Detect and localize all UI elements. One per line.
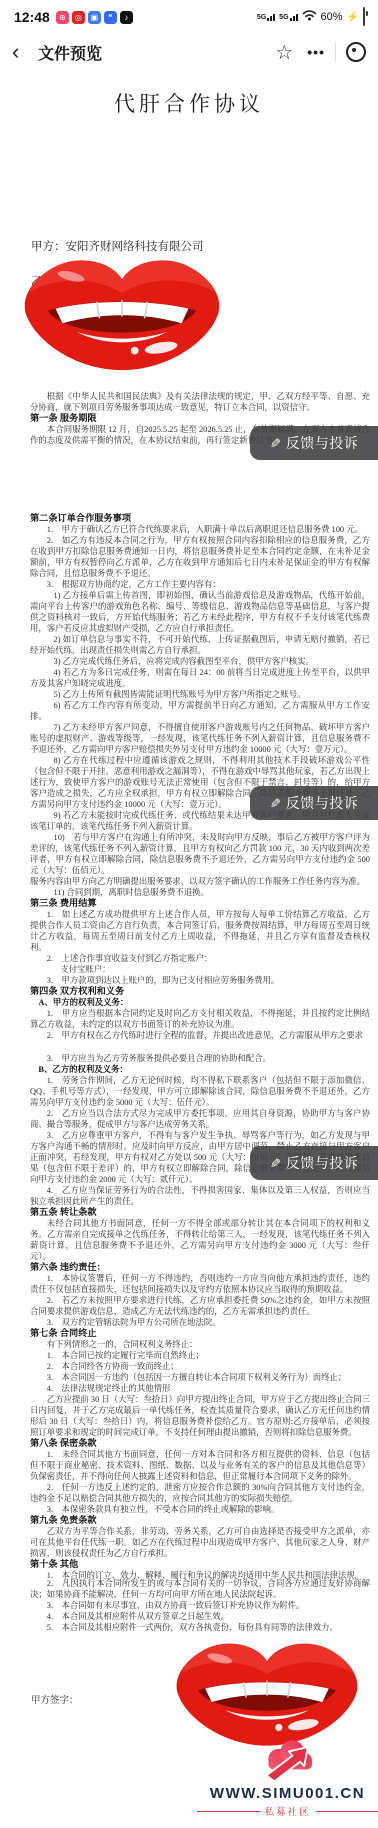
lips-clipart-top: [14, 250, 230, 377]
feedback-complaint-button[interactable]: ✎ 反馈与投诉: [250, 1146, 378, 1180]
status-bar: 12:48 ⊕◎▣❝♪ 5G 5G 60% ⚡: [0, 0, 378, 30]
clock: 12:48: [14, 9, 50, 25]
battery-icon: [363, 8, 365, 26]
doc-line: 10) 若与甲方客户在沟通上有所冲突，未及时向甲方反映，事后乙方被甲方客户评为差…: [30, 832, 370, 876]
pencil-icon: ✎: [270, 1157, 281, 1170]
app-icon-tiktok: ♪: [120, 11, 133, 24]
app-icon-blue-chat: ▣: [88, 11, 101, 24]
doc-line: 服务内容由甲方向乙方明确提出服务要求，以双方签字确认的工作服务工作任务内容为准。: [30, 876, 370, 887]
doc-line: 2. 如乙方有违反本合同之行为，甲方有权按照合同内容扣除相应的信息服务费，乙方在…: [30, 535, 370, 579]
doc-line: B、乙方的权利及义务：: [30, 1064, 370, 1075]
phone-screen: 12:48 ⊕◎▣❝♪ 5G 5G 60% ⚡ ‹: [0, 0, 378, 1828]
signal-sim2-icon: 5G: [279, 14, 297, 21]
doc-line: 2. 上述合作事宜收益支付到乙方指定账户：: [30, 953, 370, 964]
doc-line: 根据《中华人民共和国民法典》及有关法律法规的规定，甲、乙双方经平等、自愿、充分协…: [30, 391, 370, 413]
doc-line: 1. 本合同已按约定履行完毕而自然终止；: [30, 1350, 370, 1361]
doc-line: 第四条 双方权利和义务: [30, 986, 370, 997]
doc-line: 7) 乙方未经甲方客户同意，不得擅自使用客户游戏账号内之任何物品、破坏甲方客户账…: [30, 722, 370, 755]
back-icon[interactable]: ‹: [12, 32, 34, 72]
doc-line: 2. 本合同经各方协商一致而终止；: [30, 1361, 370, 1372]
doc-line: 4. 乙方应当保证劳务行为的合法性，不得损害国家、集体以及第三人权益，否则应当独…: [30, 1185, 370, 1207]
close-window-icon[interactable]: [346, 42, 366, 62]
doc-line: 6) 若乙方工作内容有所变动，甲方需提前半日向乙方通知，乙方需服从甲方工作安排。: [30, 700, 370, 722]
pencil-icon: ✎: [270, 437, 281, 450]
doc-line: 4) 若乙方为多日完成任务，则需在每日 24：00 前将当日完成进度上传至平台，…: [30, 667, 370, 689]
favorite-star-icon[interactable]: ☆: [275, 40, 293, 65]
doc-line: 3. 双方约定管辖法院为甲方公司所在地法院。: [30, 1317, 370, 1328]
doc-line: 乙双方为平等合作关系，非劳动、劳务关系，乙方可自由选择是否接受甲方之派单，亦可在…: [30, 1526, 370, 1559]
doc-line: 支付宝账户：: [30, 964, 370, 975]
doc-line: 11) 合同到期，离职时信息服务费不退换。: [30, 887, 370, 898]
doc-line: 第八条 保密条款: [30, 1438, 370, 1449]
doc-line: 1. 本协议签署后，任何一方不得违约，否则违约一方应当向他方承担违约责任，违约责…: [30, 1273, 370, 1295]
doc-line: 4. 法律法规规定终止的其他情形: [30, 1383, 370, 1394]
doc-line: 第十条 其他: [30, 1559, 370, 1570]
doc-line: 1. 劳务合作期间，乙方无论何时候，均不得私下联系客户（包括但不限于添加微信、Q…: [30, 1075, 370, 1108]
feedback-complaint-button[interactable]: ✎ 反馈与投诉: [250, 786, 378, 820]
notification-app-icons: ⊕◎▣❝♪: [56, 11, 133, 24]
document-tail-section: 2. 凡因执行本合同所发生的或与本合同有关的一切争议，合同各方应通过友好协商解决…: [30, 1578, 370, 1633]
doc-line: 第五条 转让条款: [30, 1207, 370, 1218]
document-main-section: 第二条订单合作服务事项1. 甲方于确认乙方已符合代练要求后，入职满十单以后离职退…: [30, 513, 370, 1041]
site-watermark: WWW.SIMU001.CN 私募社区: [197, 1736, 378, 1818]
page-title: 文件预览: [38, 41, 102, 64]
doc-line: 第六条 违约责任：: [30, 1262, 370, 1273]
doc-line: 1. 未经合同其他方书面同意，任何一方对本合同和各方相互提供的资料、信息（包括但…: [30, 1449, 370, 1482]
doc-line: 4. 本合同及其相应附件从双方签章之日起生效。: [30, 1611, 370, 1622]
doc-line: 未经合同其他方书面同意，任何一方不得全部或部分转让其在本合同项下的权利和义务。乙…: [30, 1218, 370, 1262]
nav-bar: ‹ 文件预览 ☆ •••: [0, 30, 378, 74]
document-mid-section: 3. 甲方应当为乙方劳务服务提供必要且合理的协助和配合。B、乙方的权利及义务：1…: [30, 1053, 370, 1581]
battery-percent: 60%: [321, 11, 343, 23]
doc-line: 第二条订单合作服务事项: [30, 513, 370, 524]
doc-line: 1) 乙方接单后需上传首图，即初始图，确认当前游戏信息及游戏物品，代练开始前，需…: [30, 590, 370, 634]
charging-icon: ⚡: [347, 12, 359, 23]
doc-line: 乙方应提前 30 日（大写：叁拾日）向甲方提出终止合同，甲方应于乙方提出终止合同…: [30, 1394, 370, 1438]
wifi-icon: [302, 8, 317, 26]
signal-sim1-icon: 5G: [257, 14, 275, 21]
doc-line: 1. 甲方应当根据本合同约定及时向乙方支付相关收益，不得拖延，并且按约定比例结算…: [30, 1008, 370, 1030]
doc-line: 1. 甲方于确认乙方已符合代练要求后，入职满十单以后离职退还信息服务费 100 …: [30, 524, 370, 535]
doc-line: 第七条 合同终止: [30, 1328, 370, 1339]
doc-line: 第三条 费用结算: [30, 898, 370, 909]
doc-line: 2. 任何一方违反上述约定的，泄密方应按合作总额的 30%向合同其他方支付违约金…: [30, 1482, 370, 1504]
doc-line: 2. 甲方有权在乙方代练时进行全程的监督，并提出改进意见，乙方需服从甲方之要求: [30, 1030, 370, 1041]
doc-line: 第一条 服务期限: [30, 413, 370, 424]
watermark-logo-icon: [256, 1736, 320, 1784]
pencil-icon: ✎: [270, 797, 281, 810]
feedback-complaint-button[interactable]: ✎ 反馈与投诉: [250, 426, 378, 460]
app-icon-red: ◎: [72, 11, 85, 24]
watermark-divider: [316, 1811, 378, 1812]
more-menu-icon[interactable]: •••: [307, 44, 325, 60]
app-icon-blue-call: ❝: [104, 11, 117, 24]
watermark-community-label: 私募社区: [265, 1804, 311, 1818]
doc-line: 3. 本保密条款具有独立性，不受本合同的终止或解除的影响。: [30, 1504, 370, 1515]
watermark-url: WWW.SIMU001.CN: [197, 1785, 378, 1802]
doc-line: A、甲方的权利及义务：: [30, 997, 370, 1008]
doc-line: 2. 乙方应当以合法方式尽力完成甲方委托事项，应用其自身资源，协助甲方与客户协商…: [30, 1108, 370, 1130]
app-icon-pink: ⊕: [56, 11, 69, 24]
status-indicators: 5G 5G 60% ⚡: [257, 8, 368, 26]
lips-clipart-bottom: [158, 1634, 376, 1752]
doc-line: 第九条 免责条款: [30, 1515, 370, 1526]
doc-line: 3. 根据双方协商约定，乙方工作主要内容有：: [30, 579, 370, 590]
doc-line: 3. 本合同如有未尽事宜，由双方协商一致后签订补充协议作为附件。: [30, 1600, 370, 1611]
party-a-signature-label: 甲方签字：: [31, 1692, 79, 1706]
doc-line: 3) 乙方完成代练任务后，应将完成内容截图至平台，供甲方客户核实。: [30, 656, 370, 667]
doc-line: 2) 如订单信息与事实不符，不可开始代练，上传证据截图后，申请无赔付撤销，若已经…: [30, 634, 370, 656]
doc-line: 5. 本合同及其相应附件一式两份，双方各执壹份，每份具有同等的法律效力。: [30, 1622, 370, 1633]
watermark-divider: [197, 1811, 260, 1812]
capsule-divider: [335, 43, 336, 61]
window-capsule: •••: [307, 42, 366, 62]
doc-line: 3. 本合同因一方违约（包括因一方擅自转让本合同项下权利义务行为）而终止；: [30, 1372, 370, 1383]
doc-line: 1. 如上述乙方成功提供甲方上述合作人员，甲方按每人每单工价结算乙方收益，乙方提…: [30, 909, 370, 953]
document-title: 代肝合作协议: [0, 88, 378, 118]
doc-line: 2. 若乙方未按照甲方要求进行代练，乙方应承担委托费 50%之违约金，如甲方未按…: [30, 1295, 370, 1317]
doc-line: 5) 乙方上传所有截图皆需能证明代练账号为甲方客户所指定之账号。: [30, 689, 370, 700]
doc-line: 3. 甲方款项到达以上账户的，即为已支付相应劳务服务费用。: [30, 975, 370, 986]
doc-line: 3. 甲方应当为乙方劳务服务提供必要且合理的协助和配合。: [30, 1053, 370, 1064]
doc-line: 2. 凡因执行本合同所发生的或与本合同有关的一切争议，合同各方应通过友好协商解决…: [30, 1578, 370, 1600]
doc-line: 有下列情形之一的，合同权利义务终止：: [30, 1339, 370, 1350]
